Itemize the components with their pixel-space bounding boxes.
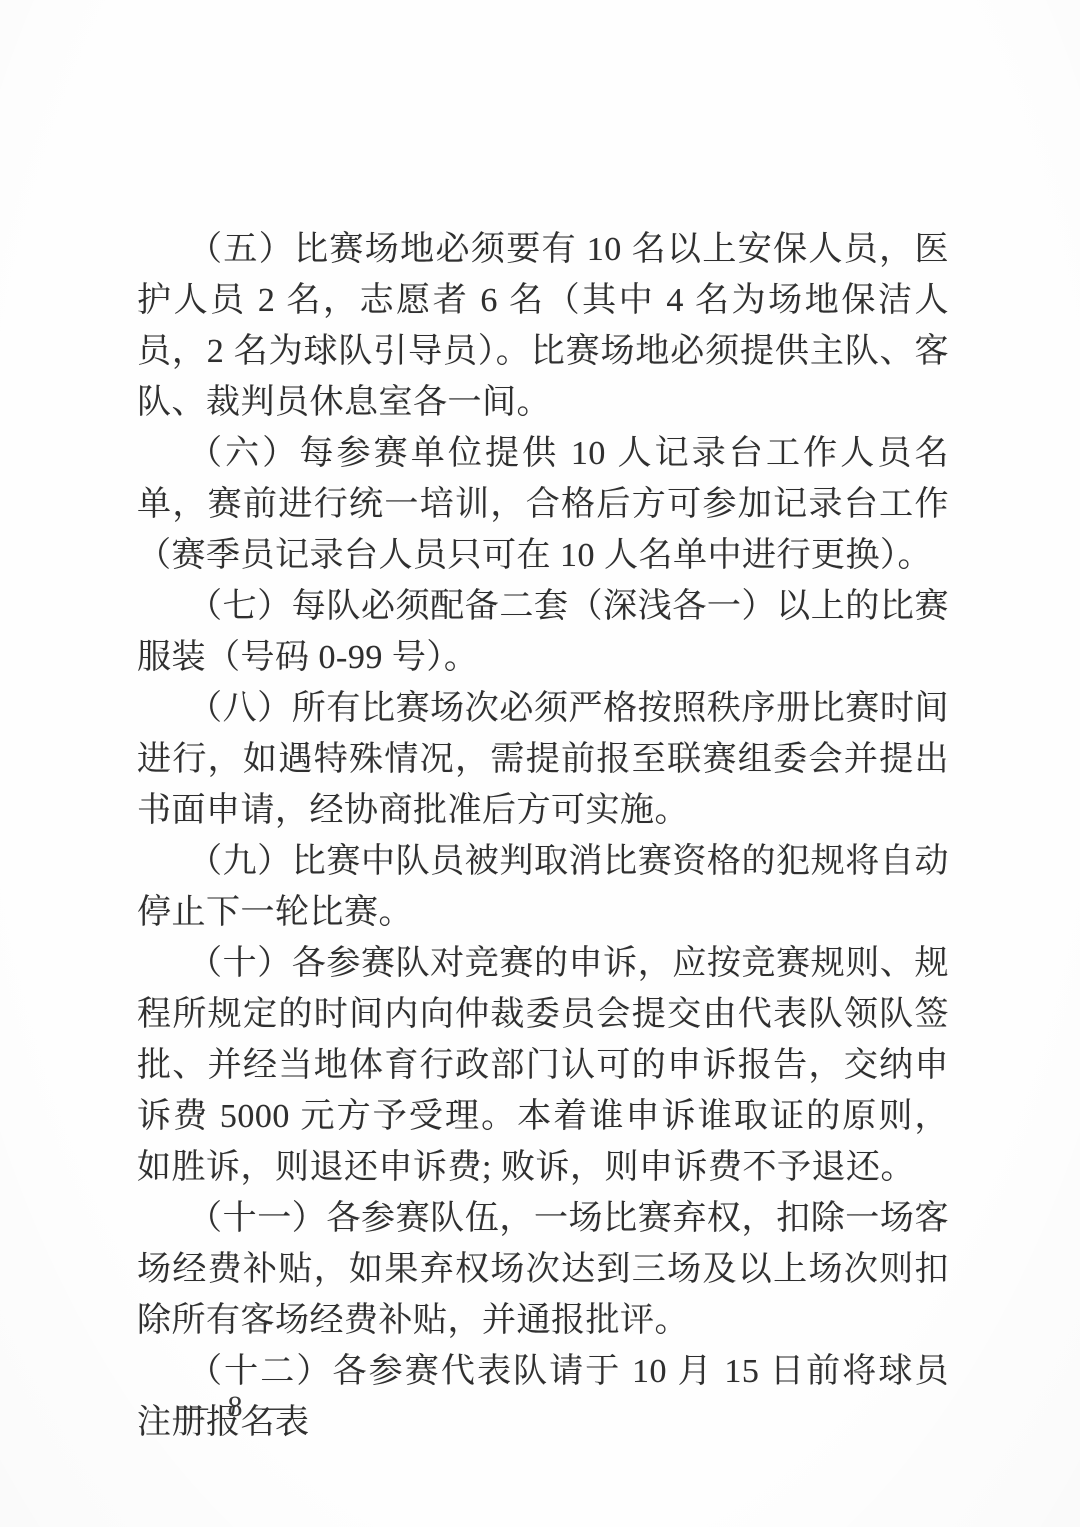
- paragraph-item-6: （六）每参赛单位提供 10 人记录台工作人员名单，赛前进行统一培训，合格后方可参…: [137, 428, 949, 581]
- page-number: — 8 —: [178, 1390, 298, 1424]
- paragraph-item-7: （七）每队必须配备二套（深浅各一）以上的比赛服装（号码 0-99 号）。: [137, 581, 949, 683]
- document-body: （五）比赛场地必须要有 10 名以上安保人员，医护人员 2 名，志愿者 6 名（…: [137, 224, 949, 1448]
- paragraph-item-11: （十一）各参赛队伍，一场比赛弃权，扣除一场客场经费补贴，如果弃权场次达到三场及以…: [137, 1193, 949, 1346]
- paragraph-item-10: （十）各参赛队对竞赛的申诉，应按竞赛规则、规程所规定的时间内向仲裁委员会提交由代…: [137, 938, 949, 1193]
- paragraph-item-9: （九）比赛中队员被判取消比赛资格的犯规将自动停止下一轮比赛。: [137, 836, 949, 938]
- document-page: （五）比赛场地必须要有 10 名以上安保人员，医护人员 2 名，志愿者 6 名（…: [0, 0, 1080, 1527]
- paragraph-item-5: （五）比赛场地必须要有 10 名以上安保人员，医护人员 2 名，志愿者 6 名（…: [137, 224, 949, 428]
- paragraph-item-8: （八）所有比赛场次必须严格按照秩序册比赛时间进行，如遇特殊情况，需提前报至联赛组…: [137, 683, 949, 836]
